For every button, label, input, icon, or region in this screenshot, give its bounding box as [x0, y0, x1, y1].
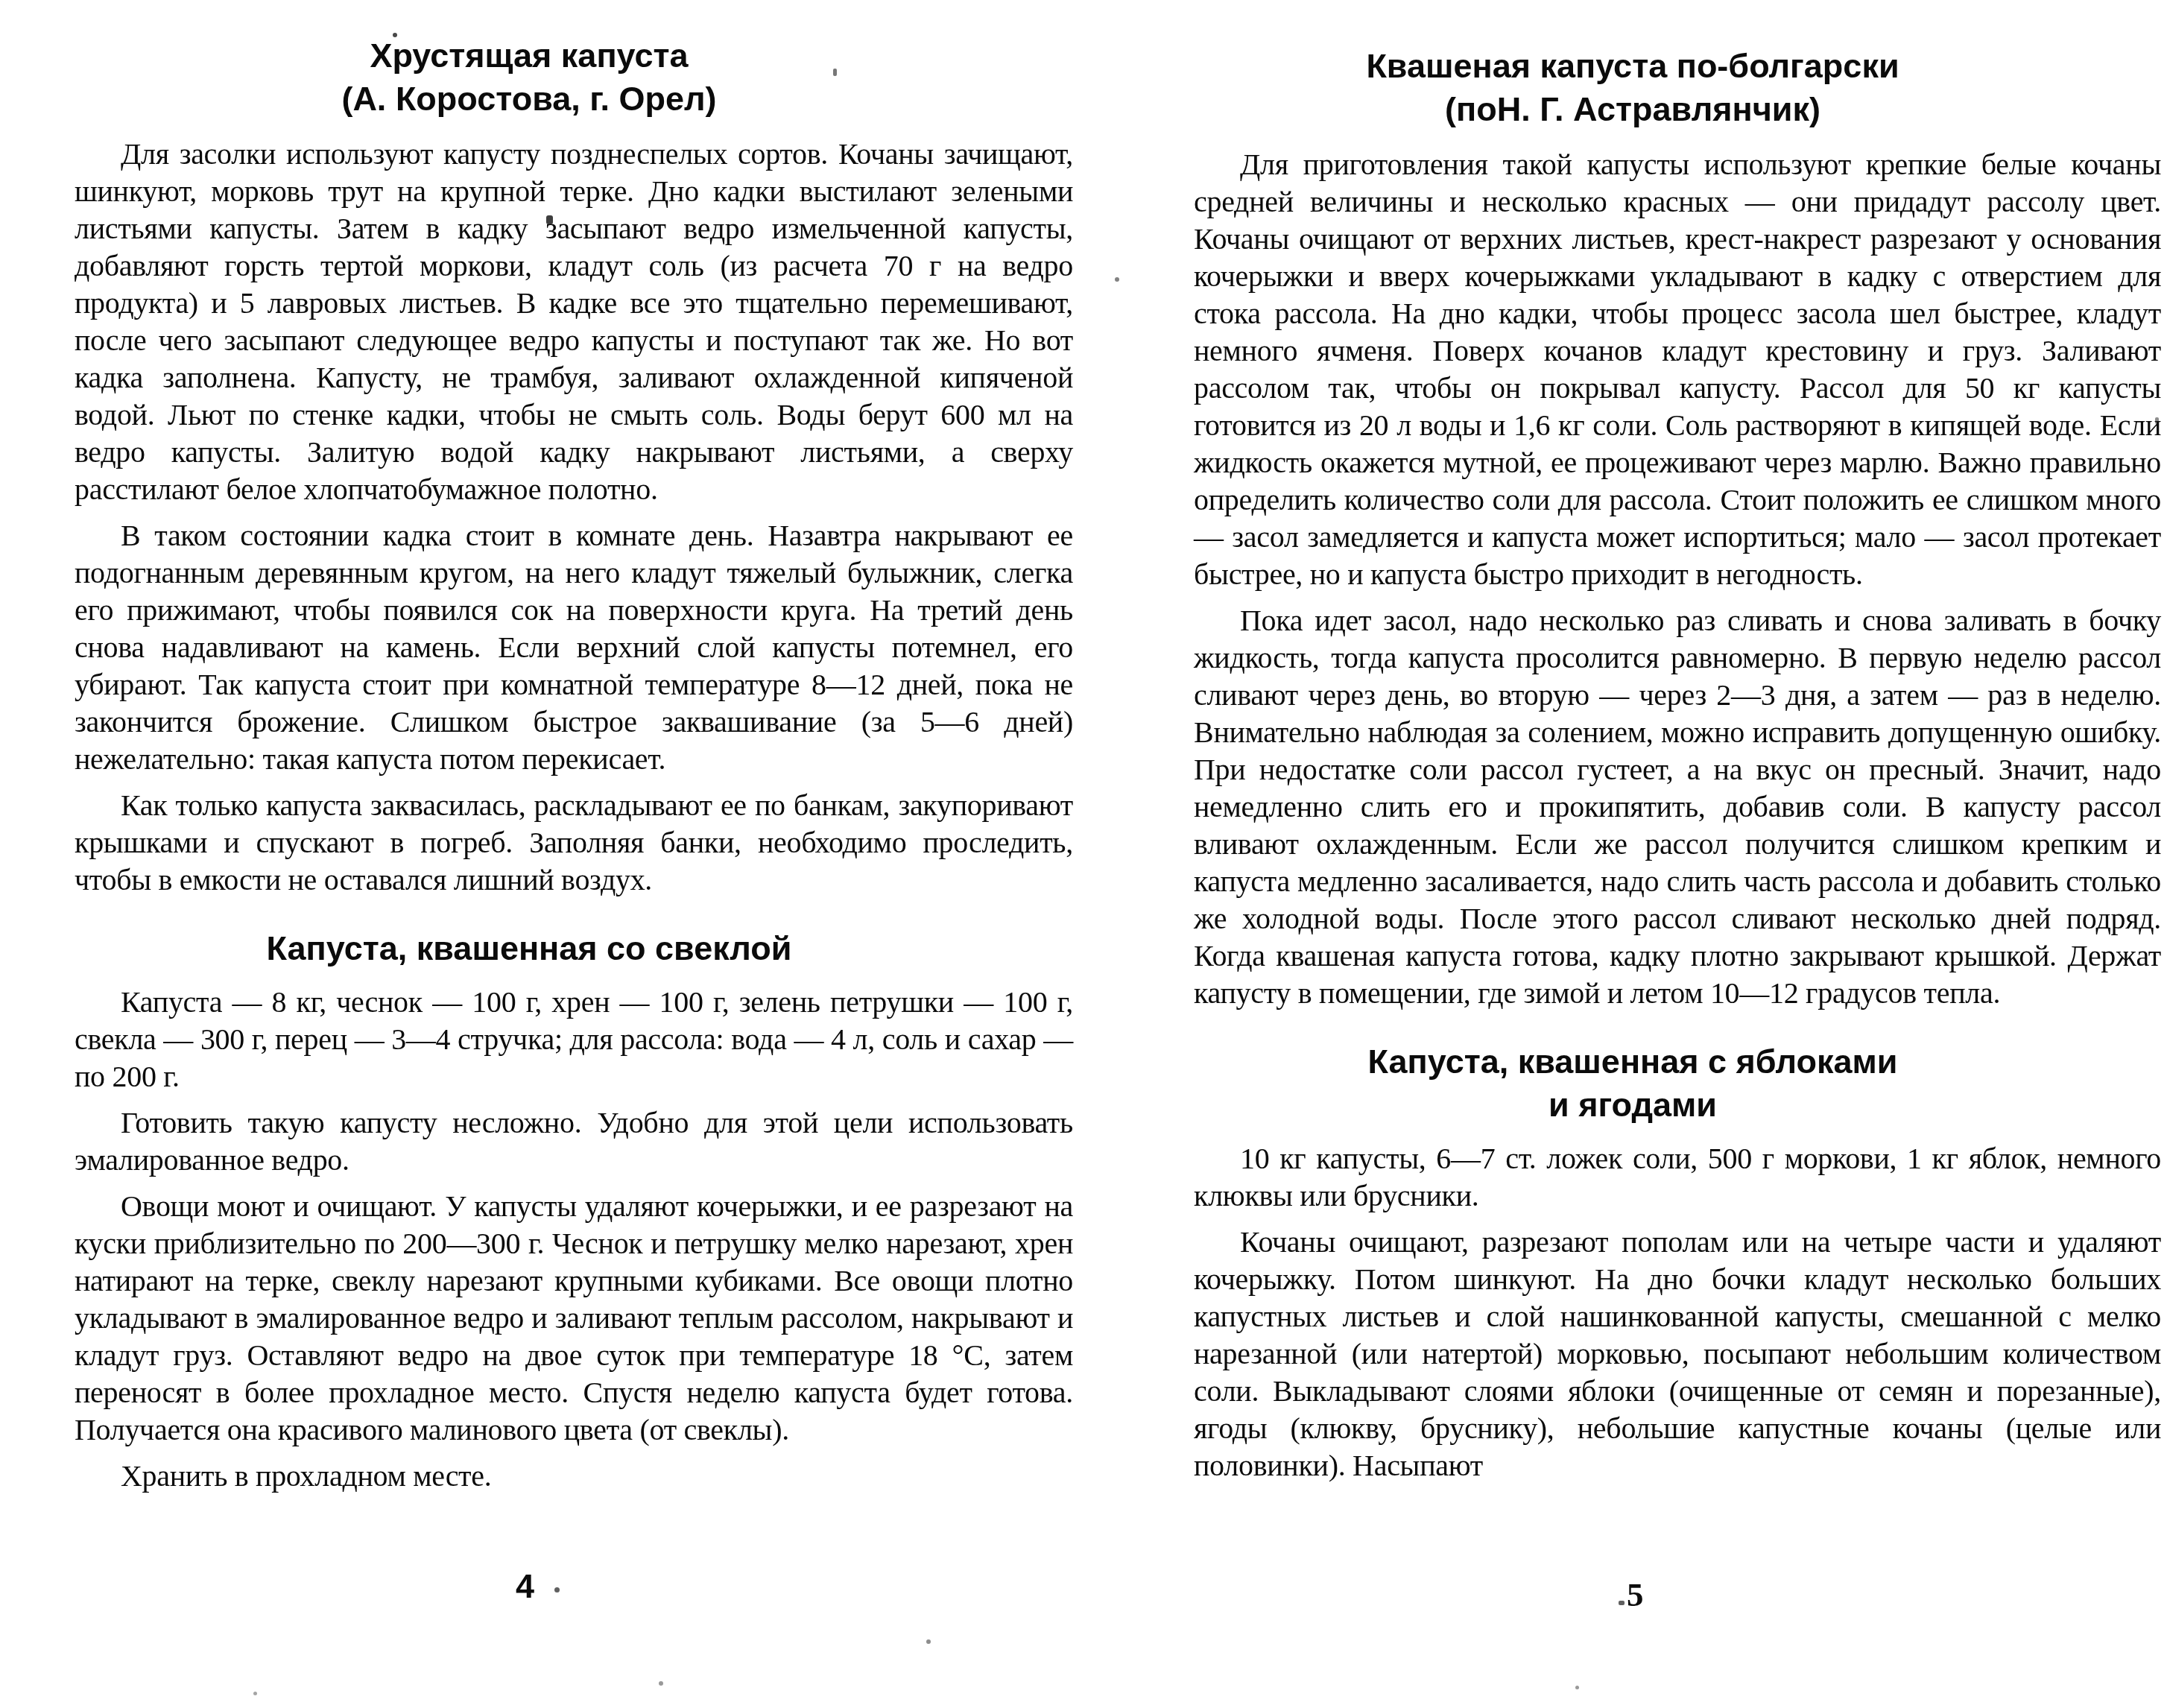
scan-speck: [659, 1681, 663, 1686]
recipe-crunchy-title: Хрустящая капуста: [75, 34, 984, 78]
recipe-crunchy-title-block: Хрустящая капуста (А. Коростова, г. Орел…: [75, 34, 984, 121]
scan-speck: [554, 1587, 560, 1592]
page-number-left: 4: [516, 1569, 534, 1603]
recipe-crunchy-paragraph-2: В таком состоянии кадка стоит в комнате …: [75, 517, 1073, 778]
recipe-beet-paragraph-2: Овощи моют и очищают. У капусты удаляют …: [75, 1188, 1073, 1449]
recipe-apples-ingredients: 10 кг капусты, 6—7 ст. ложек соли, 500 г…: [1194, 1140, 2161, 1215]
recipe-apples-title-block: Капуста, квашенная с яблоками и ягодами: [1194, 1040, 2072, 1127]
scan-speck: [1575, 1686, 1579, 1689]
scan-speck: [926, 1639, 931, 1644]
scan-speck: [2155, 417, 2159, 424]
recipe-beet-title-block: Капуста, квашенная со свеклой: [75, 927, 984, 970]
recipe-apples-title-line2: и ягодами: [1194, 1084, 2072, 1127]
recipe-crunchy-paragraph-1: Для засолки используют капусту позднеспе…: [75, 136, 1073, 508]
left-page: Хрустящая капуста (А. Коростова, г. Орел…: [75, 0, 1073, 1495]
recipe-apples-title-line1: Капуста, квашенная с яблоками: [1194, 1040, 2072, 1084]
scan-speck: [546, 215, 553, 224]
recipe-bulgarian-paragraph-2: Пока идет засол, надо несколько раз слив…: [1194, 602, 2161, 1012]
recipe-beet-paragraph-3: Хранить в прохладном месте.: [75, 1458, 1073, 1495]
recipe-crunchy-byline: (А. Коростова, г. Орел): [75, 78, 984, 121]
recipe-beet-title: Капуста, квашенная со свеклой: [75, 927, 984, 970]
scan-speck: [253, 1692, 257, 1695]
scan-speck: [1619, 1601, 1625, 1605]
page-number-right: 5: [1627, 1578, 1644, 1612]
recipe-beet-paragraph-1: Готовить такую капусту несложно. Удобно …: [75, 1104, 1073, 1179]
right-page: Квашеная капуста по-болгарски (поН. Г. А…: [1194, 0, 2161, 1484]
recipe-bulgarian-byline: (поН. Г. Астравлянчик): [1194, 88, 2072, 131]
book-scan-spread: { "left_page": { "page_number": "4", "re…: [0, 0, 2167, 1708]
recipe-bulgarian-paragraph-1: Для приготовления такой капусты использу…: [1194, 146, 2161, 593]
recipe-crunchy-paragraph-3: Как только капуста заквасилась, расклады…: [75, 787, 1073, 899]
recipe-beet-ingredients: Капуста — 8 кг, чеснок — 100 г, хрен — 1…: [75, 984, 1073, 1095]
scan-speck: [1115, 277, 1119, 282]
recipe-apples-paragraph-1: Кочаны очищают, разрезают пополам или на…: [1194, 1224, 2161, 1484]
scan-speck: [833, 69, 837, 76]
scan-speck: [393, 33, 397, 37]
recipe-bulgarian-title-block: Квашеная капуста по-болгарски (поН. Г. А…: [1194, 45, 2072, 131]
recipe-bulgarian-title: Квашеная капуста по-болгарски: [1194, 45, 2072, 88]
